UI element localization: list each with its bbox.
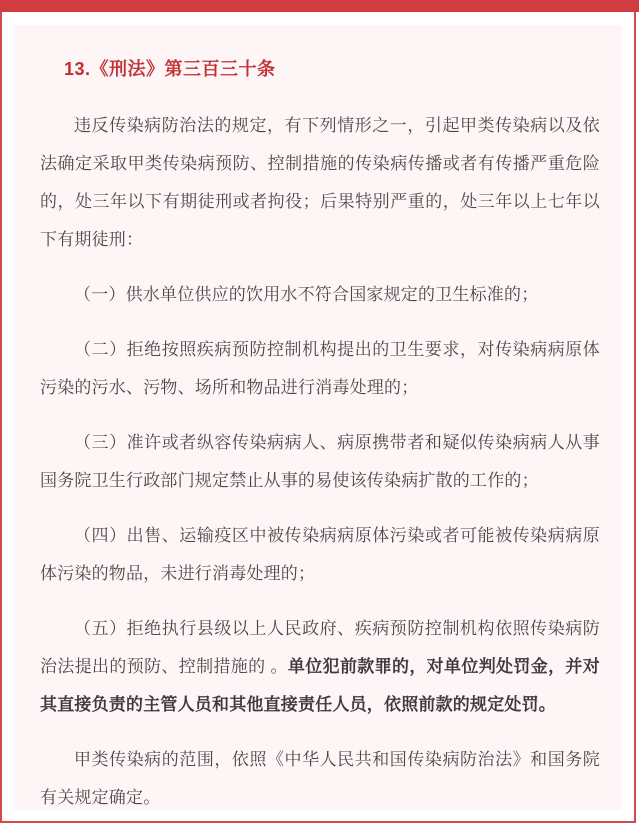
- article-card: 13.《刑法》第三百三十条 违反传染病防治法的规定，有下列情形之一，引起甲类传染…: [14, 25, 622, 810]
- clause-item-4: （四）出售、运输疫区中被传染病病原体污染或者可能被传染病病原体污染的物品，未进行…: [40, 517, 600, 593]
- intro-paragraph: 违反传染病防治法的规定，有下列情形之一，引起甲类传染病以及依法确定采取甲类传染病…: [40, 107, 600, 259]
- clause-item-2: （二）拒绝按照疾病预防控制机构提出的卫生要求，对传染病病原体污染的污水、污物、场…: [40, 331, 600, 407]
- article-title: 13.《刑法》第三百三十条: [64, 55, 600, 81]
- clause-item-1: （一）供水单位供应的饮用水不符合国家规定的卫生标准的；: [40, 276, 600, 314]
- article-page: 13.《刑法》第三百三十条 违反传染病防治法的规定，有下列情形之一，引起甲类传染…: [0, 0, 639, 826]
- top-red-bar: [0, 0, 639, 12]
- closing-paragraph: 甲类传染病的范围，依照《中华人民共和国传染病防治法》和国务院有关规定确定。: [40, 741, 600, 810]
- clause-item-5: （五）拒绝执行县级以上人民政府、疾病预防控制机构依照传染病防治法提出的预防、控制…: [40, 610, 600, 724]
- clause-item-3: （三）准许或者纵容传染病病人、病原携带者和疑似传染病病人从事国务院卫生行政部门规…: [40, 424, 600, 500]
